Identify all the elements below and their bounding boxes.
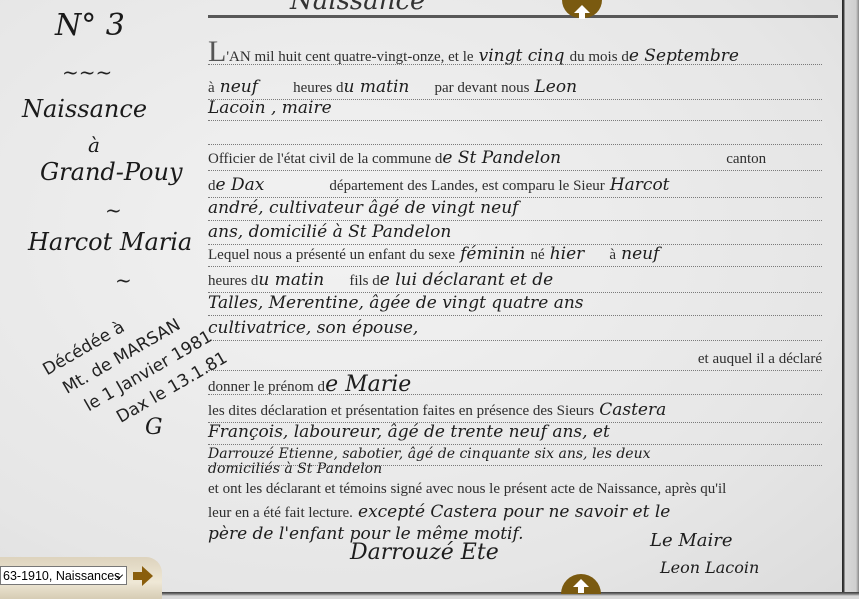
chevron-down-icon: ⌵ — [115, 569, 123, 583]
document-image: Naissance N° 3 ~~~ Naissance à Grand-Pou… — [0, 0, 842, 592]
header-script: Naissance — [290, 0, 425, 16]
line-16: François, laboureur, âgé de trente neuf … — [208, 422, 822, 445]
page-edge-right — [842, 0, 859, 599]
line-3: Lacoin , maire — [208, 98, 822, 121]
line-10: heures du matin fils de lui déclarant et… — [208, 270, 822, 293]
top-rule — [208, 15, 838, 18]
arrow-right-icon — [133, 572, 143, 580]
line-19: et ont les déclarant et témoins signé av… — [208, 478, 822, 500]
collection-select-value: 63-1910, Naissances — [3, 569, 120, 583]
margin-squiggle: ~~~ — [62, 60, 112, 84]
arrow-up-icon — [573, 579, 589, 587]
margin-title: Naissance — [22, 95, 147, 123]
witness-signature: Darrouzé Ete — [350, 540, 499, 565]
line-4 — [208, 122, 822, 145]
go-button[interactable] — [133, 566, 153, 586]
death-note-initials: G — [145, 415, 163, 440]
margin-title-a: à — [88, 133, 100, 157]
margin-name: Harcot Maria — [28, 228, 192, 256]
line-7: andré, cultivateur âgé de vingt neuf — [208, 198, 822, 221]
line-11: Talles, Merentine, âgée de vingt quatre … — [208, 293, 822, 316]
line-14: donner le prénom de Marie — [208, 372, 822, 395]
line-1: L'AN mil huit cent quatre-vingt-onze, et… — [208, 42, 822, 65]
line-8: ans, domicilié à St Pandelon — [208, 222, 822, 245]
line-20: leur en a été fait lecture. excepté Cast… — [208, 502, 822, 524]
arrow-up-icon — [574, 5, 590, 13]
margin-squiggle-3: ~ — [115, 268, 132, 292]
line-2: à neuf heures du matin par devant nous L… — [208, 77, 822, 100]
line-13: et auquel il a déclaré — [208, 348, 822, 371]
mayor-title: Le Maire — [650, 530, 733, 551]
margin-place: Grand-Pouy — [40, 158, 183, 186]
line-6: de Dax département des Landes, est compa… — [208, 175, 822, 198]
margin-squiggle-2: ~ — [105, 198, 122, 222]
line-18: domiciliés à St Pandelon — [208, 458, 822, 480]
line-9: Lequel nous a présenté un enfant du sexe… — [208, 244, 822, 267]
mayor-signature: Leon Lacoin — [660, 558, 759, 577]
record-number: N° 3 — [55, 8, 125, 43]
line-5: Officier de l'état civil de la commune d… — [208, 148, 822, 171]
line-12: cultivatrice, son épouse, — [208, 318, 822, 341]
line-15: les dites déclaration et présentation fa… — [208, 400, 822, 423]
death-note: Décédée à Mt. de MARSAN le 1 Janvier 198… — [38, 278, 232, 450]
collection-select[interactable]: 63-1910, Naissances ⌵ — [0, 566, 127, 585]
